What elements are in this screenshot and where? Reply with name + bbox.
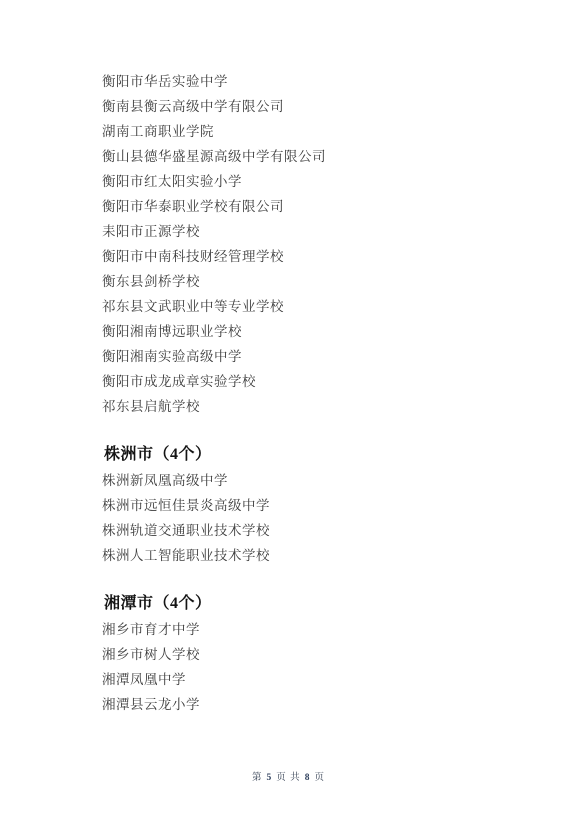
school-list: 衡阳市华岳实验中学 衡南县衡云高级中学有限公司 湖南工商职业学院 衡山县德华盛星… [0, 0, 577, 717]
section-heading-xiangtan: 湘潭市（4个） [104, 594, 537, 614]
school-name: 衡阳市华岳实验中学 [102, 69, 537, 94]
document-page: 衡阳市华岳实验中学 衡南县衡云高级中学有限公司 湖南工商职业学院 衡山县德华盛星… [0, 0, 577, 820]
section-heading-zhuzhou: 株洲市（4个） [104, 445, 537, 465]
school-name: 衡山县德华盛星源高级中学有限公司 [102, 144, 537, 169]
footer-page-number: 5 [267, 773, 273, 783]
school-name: 株洲人工智能职业技术学校 [102, 543, 537, 568]
school-name: 衡阳市成龙成章实验学校 [102, 369, 537, 394]
school-name: 株洲新凤凰高级中学 [102, 468, 537, 493]
school-name: 株洲市远恒佳景炎高级中学 [102, 493, 537, 518]
school-name: 湘乡市育才中学 [102, 617, 537, 642]
school-name: 祁东县文武职业中等专业学校 [102, 294, 537, 319]
school-name: 湖南工商职业学院 [102, 119, 537, 144]
school-name: 湘乡市树人学校 [102, 642, 537, 667]
school-name: 衡东县剑桥学校 [102, 269, 537, 294]
footer-total-pages: 8 [305, 773, 311, 783]
school-name: 衡南县衡云高级中学有限公司 [102, 94, 537, 119]
footer-label-prefix: 第 [252, 769, 263, 783]
school-name: 耒阳市正源学校 [102, 219, 537, 244]
school-name: 湘潭凤凰中学 [102, 667, 537, 692]
school-name: 衡阳市华泰职业学校有限公司 [102, 194, 537, 219]
school-name: 株洲轨道交通职业技术学校 [102, 518, 537, 543]
footer-label-suffix: 页 [314, 769, 325, 783]
school-name: 衡阳市红太阳实验小学 [102, 169, 537, 194]
page-footer: 第 5 页 共 8 页 [0, 769, 577, 783]
school-name: 湘潭县云龙小学 [102, 692, 537, 717]
footer-label-middle: 页 共 [276, 769, 300, 783]
school-name: 祁东县启航学校 [102, 394, 537, 419]
school-name: 衡阳市中南科技财经管理学校 [102, 244, 537, 269]
school-name: 衡阳湘南实验高级中学 [102, 344, 537, 369]
school-name: 衡阳湘南博远职业学校 [102, 319, 537, 344]
